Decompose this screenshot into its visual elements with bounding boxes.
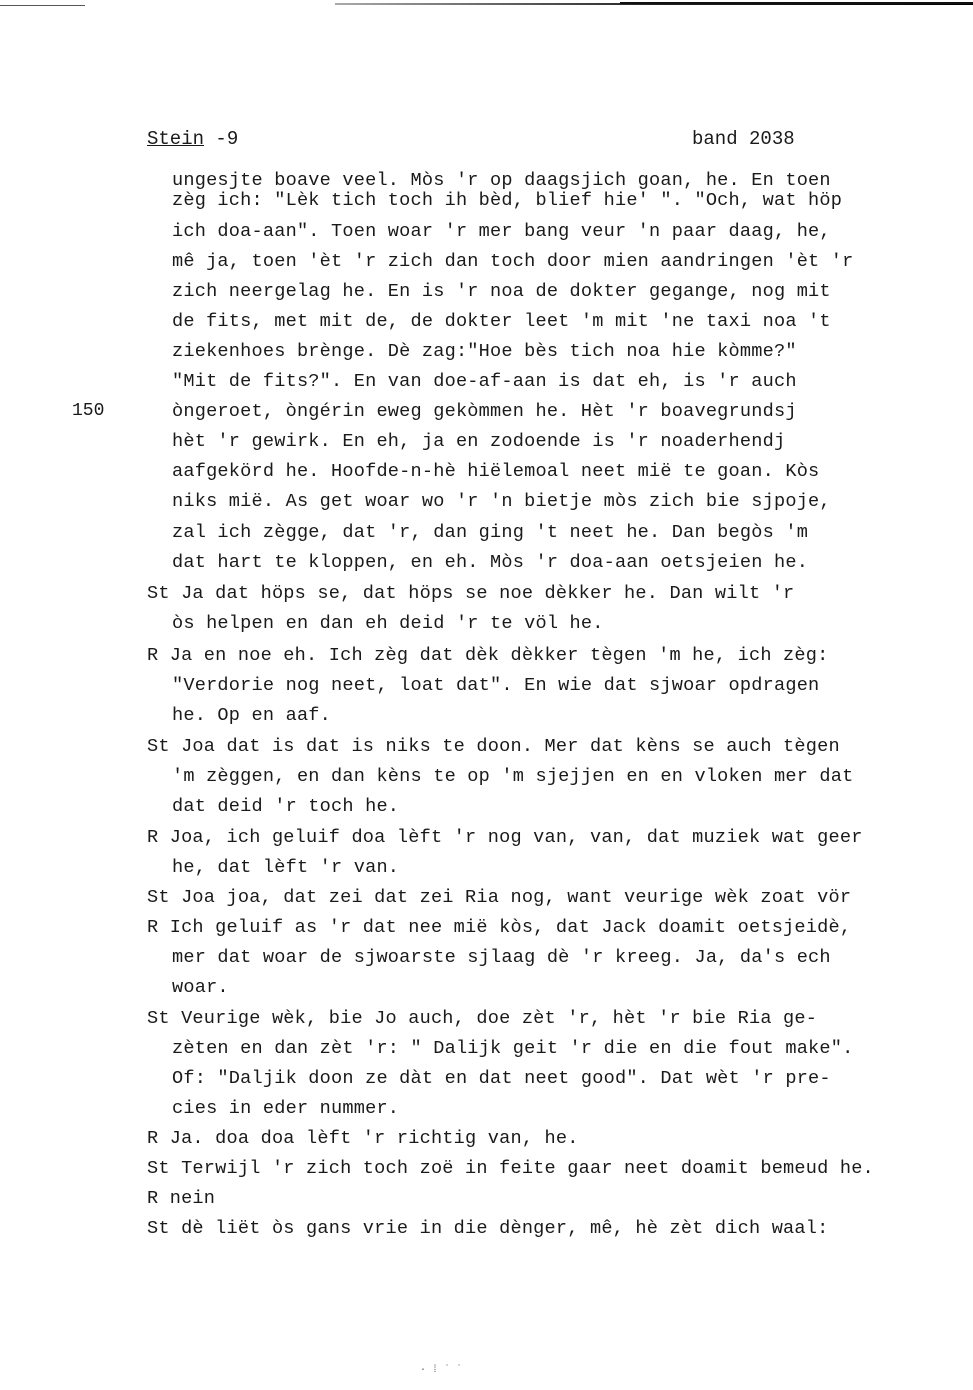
transcript-line: woar.	[172, 977, 229, 998]
transcript-line: ungesjte boave veel. Mòs 'r op daagsjich…	[172, 170, 831, 191]
transcript-line: R Ja en noe eh. Ich zèg dat dèk dèkker t…	[147, 645, 828, 666]
transcript-line: ziekenhoes brènge. Dè zag:"Hoe bès tich …	[172, 341, 797, 362]
transcript-line: R Ja. doa doa lèft 'r richtig van, he.	[147, 1128, 579, 1149]
transcript-line: "Mit de fits?". En van doe-af-aan is dat…	[172, 371, 797, 392]
transcript-line: zal ich zègge, dat 'r, dan ging 't neet …	[172, 522, 808, 543]
transcript-line: mê ja, toen 'èt 'r zich dan toch door mi…	[172, 251, 853, 272]
transcript-line: R nein	[147, 1188, 215, 1209]
transcript-line: òs helpen en dan eh deid 'r te völ he.	[172, 613, 604, 634]
transcript-line: òngeroet, òngérin eweg gekòmmen he. Hèt …	[172, 401, 797, 422]
transcript-line: niks mië. As get woar wo 'r 'n bietje mò…	[172, 491, 831, 512]
transcript-line: dat deid 'r toch he.	[172, 796, 399, 817]
transcript-line: St Joa dat is dat is niks te doon. Mer d…	[147, 736, 840, 757]
transcript-line: zich neergelag he. En is 'r noa de dokte…	[172, 281, 831, 302]
transcript-line: St Veurige wèk, bie Jo auch, doe zèt 'r,…	[147, 1008, 817, 1029]
page-header-band: band 2038	[692, 128, 795, 150]
scan-edge-line	[0, 5, 85, 6]
page-header-title: Stein -9	[147, 128, 238, 150]
transcript-line: ich doa-aan". Toen woar 'r mer bang veur…	[172, 221, 831, 242]
transcript-line: R Ich geluif as 'r dat nee mië kòs, dat …	[147, 917, 851, 938]
scan-specks: · ⁞ ˙ ˙	[420, 1365, 462, 1376]
transcript-line: 'm zèggen, en dan kèns te op 'm sjejjen …	[172, 766, 853, 787]
transcript-line: St Ja dat höps se, dat höps se noe dèkke…	[147, 583, 794, 604]
transcript-line: St Terwijl 'r zich toch zoë in feite gaa…	[147, 1158, 874, 1179]
transcript-line: hèt 'r gewirk. En eh, ja en zodoende is …	[172, 431, 785, 452]
transcript-line: zèten en dan zèt 'r: " Dalijk geit 'r di…	[172, 1038, 853, 1059]
transcript-line: he. Op en aaf.	[172, 705, 331, 726]
header-name: Stein	[147, 128, 204, 150]
transcript-line: aafgekörd he. Hoofde-n-hè hiëlemoal neet…	[172, 461, 819, 482]
transcript-line: he, dat lèft 'r van.	[172, 857, 399, 878]
header-page-number: -9	[204, 128, 238, 150]
transcript-line: cies in eder nummer.	[172, 1098, 399, 1119]
scan-edge-line	[620, 2, 973, 4]
transcript-line: dat hart te kloppen, en eh. Mòs 'r doa-a…	[172, 552, 808, 573]
transcript-line: Of: "Daljik doon ze dàt en dat neet good…	[172, 1068, 831, 1089]
transcript-line: "Verdorie nog neet, loat dat". En wie da…	[172, 675, 819, 696]
transcript-line: de fits, met mit de, de dokter leet 'm m…	[172, 311, 831, 332]
transcript-line: zèg ich: "Lèk tich toch ih bèd, blief hi…	[172, 190, 842, 211]
transcript-line: St dè liët òs gans vrie in die dènger, m…	[147, 1218, 828, 1239]
transcript-line: St Joa joa, dat zei dat zei Ria nog, wan…	[147, 887, 851, 908]
transcript-line: mer dat woar de sjwoarste sjlaag dè 'r k…	[172, 947, 831, 968]
margin-line-number: 150	[72, 401, 104, 421]
transcript-line: R Joa, ich geluif doa lèft 'r nog van, v…	[147, 827, 863, 848]
